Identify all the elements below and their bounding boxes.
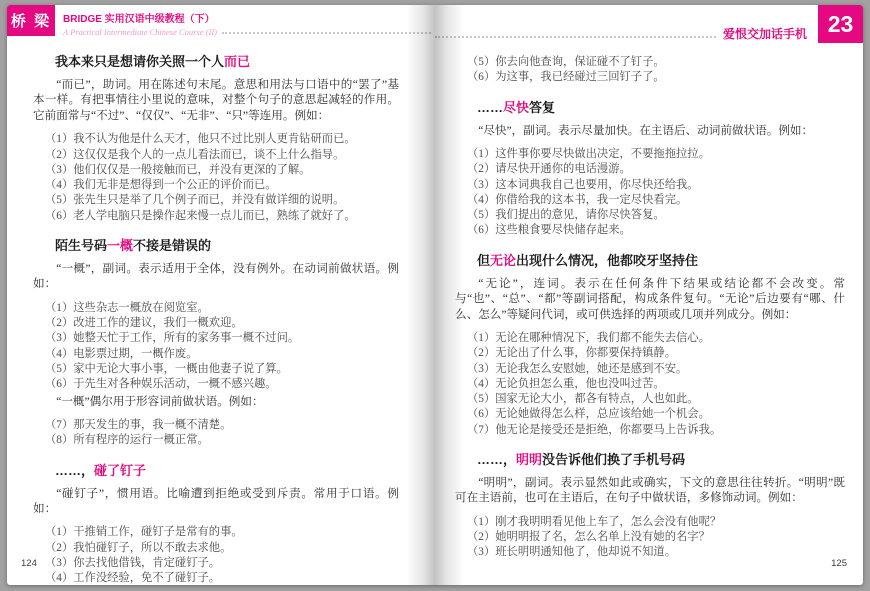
lesson-title-row: 爱恨交加话手机 xyxy=(435,25,807,42)
example-item: （1）无论在哪种情况下，我们都不能失去信心。 xyxy=(467,331,845,346)
grammar-explanation: “明明”，副词。表示显然如此或确实，下文的意思往往转折。“明明”既可在主语前，也… xyxy=(455,475,845,506)
heading-keyword: 碰了钉子 xyxy=(94,463,146,478)
example-item: （6）老人学电脑只是操作起来慢一点儿而已，熟练了就好了。 xyxy=(45,209,399,224)
grammar-section: 我本来只是想请你关照一个人而已“而已”，助词。用在陈述句末尾。意思和用法与口语中… xyxy=(33,53,399,224)
heading-keyword: 尽快 xyxy=(503,100,529,115)
example-item: （1）干推销工作，碰钉子是常有的事。 xyxy=(45,525,399,540)
example-item: （6）于先生对各种娱乐活动，一概不感兴趣。 xyxy=(45,377,399,392)
right-page: 爱恨交加话手机 23 （5）你去向他查询，保证碰不了钉子。（6）为这事，我已经碰… xyxy=(435,5,863,585)
example-item: （3）这本词典我自己也要用，你尽快还给我。 xyxy=(467,178,845,193)
left-page-content: 我本来只是想请你关照一个人而已“而已”，助词。用在陈述句末尾。意思和用法与口语中… xyxy=(7,51,435,587)
example-item: （2）无论出了什么事，你都要保持镇静。 xyxy=(467,346,845,361)
example-item: （1）这些杂志一概放在阅览室。 xyxy=(45,301,399,316)
example-item: （3）班长明明通知他了，他却说不知道。 xyxy=(467,545,845,560)
page-number-left: 124 xyxy=(21,558,37,569)
example-item: （6）无论她做得怎么样，总应该给她一个机会。 xyxy=(467,407,845,422)
heading-keyword: 一概 xyxy=(107,238,133,253)
example-item: （3）你去找他借钱，肯定碰钉子。 xyxy=(45,556,399,571)
lesson-number: 23 xyxy=(828,11,854,38)
heading-text: 不接是错误的 xyxy=(133,238,211,253)
example-list: （1）我不认为他是什么天才，他只不过比别人更肯钻研而已。（2）这仅仅是我个人的一… xyxy=(45,132,399,224)
heading-keyword: 无论 xyxy=(490,253,516,268)
example-item: （6）为这事，我已经碰过三回钉子了。 xyxy=(467,70,845,85)
grammar-section: ……，碰了钉子“碰钉子”，惯用语。比喻遭到拒绝或受到斥责。常用于口语。例如：（1… xyxy=(33,462,399,587)
header-dotted-rule xyxy=(435,36,716,38)
grammar-explanation: “而已”，助词。用在陈述句末尾。意思和用法与口语中的“罢了”基本一样。有把事情往… xyxy=(33,77,399,123)
example-item: （2）这仅仅是我个人的一点儿看法而已，谈不上什么指导。 xyxy=(45,148,399,163)
example-item: （3）她整天忙于工作，所有的家务事一概不过问。 xyxy=(45,331,399,346)
example-item: （4）你借给我的这本书，我一定尽快看完。 xyxy=(467,193,845,208)
heading-text: ……， xyxy=(55,463,94,478)
example-item: （1）这件事你要尽快做出决定，不要拖拖拉拉。 xyxy=(467,147,845,162)
example-item: （3）无论我怎么安慰她，她还是感到不安。 xyxy=(467,362,845,377)
brand-logo: 桥 梁 xyxy=(7,5,55,36)
section-heading: ……尽快答复 xyxy=(477,99,845,117)
heading-text: ……， xyxy=(477,452,516,467)
example-item: （2）改进工作的建议，我们一概欢迎。 xyxy=(45,316,399,331)
series-subtitle-row: A Practical Intermediate Chinese Course … xyxy=(63,27,431,37)
heading-text: …… xyxy=(477,100,503,115)
left-page: 桥 梁 BRIDGE 实用汉语中级教程（下） A Practical Inter… xyxy=(7,5,435,585)
section-heading: 但无论出现什么情况，他都咬牙坚持住 xyxy=(477,252,845,270)
page-number-right: 125 xyxy=(831,558,847,569)
example-list: （1）刚才我明明看见他上车了，怎么会没有他呢？（2）她明明报了名，怎么名单上没有… xyxy=(467,515,845,561)
heading-text: 我本来只是想请你关照一个人 xyxy=(55,54,224,69)
grammar-explanation: “一概”偶尔用于形容词前做状语。例如： xyxy=(33,394,399,409)
section-heading: ……，碰了钉子 xyxy=(55,462,399,480)
example-item: （8）所有程序的运行一概正常。 xyxy=(45,433,399,448)
example-item: （1）刚才我明明看见他上车了，怎么会没有他呢？ xyxy=(467,515,845,530)
heading-text: 没告诉他们换了手机号码 xyxy=(542,452,685,467)
series-title: BRIDGE 实用汉语中级教程（下） xyxy=(63,10,431,25)
right-page-content: （5）你去向他查询，保证碰不了钉子。（6）为这事，我已经碰过三回钉子了。……尽快… xyxy=(435,51,863,561)
example-item: （5）张先生只是举了几个例子而已，并没有做详细的说明。 xyxy=(45,193,399,208)
grammar-section: ……尽快答复“尽快”，副词。表示尽量加快。在主语后、动词前做状语。例如：（1）这… xyxy=(455,99,845,239)
example-item: （5）你去向他查询，保证碰不了钉子。 xyxy=(467,55,845,70)
example-item: （1）我不认为他是什么天才，他只不过比别人更肯钻研而已。 xyxy=(45,132,399,147)
section-heading: ……，明明没告诉他们换了手机号码 xyxy=(477,451,845,469)
grammar-section: 陌生号码一概不接是错误的“一概”，副词。表示适用于全体，没有例外。在动词前做状语… xyxy=(33,237,399,449)
example-list: （1）无论在哪种情况下，我们都不能失去信心。（2）无论出了什么事，你都要保持镇静… xyxy=(467,331,845,438)
example-item: （4）无论负担怎么重，他也没叫过苦。 xyxy=(467,377,845,392)
heading-text: 答复 xyxy=(529,100,555,115)
example-list: （1）干推销工作，碰钉子是常有的事。（2）我怕碰钉子，所以不敢去求他。（3）你去… xyxy=(45,525,399,586)
example-item: （3）他们仅仅是一般接触而已，并没有更深的了解。 xyxy=(45,163,399,178)
example-item: （4）工作没经验，免不了碰钉子。 xyxy=(45,571,399,586)
example-item: （7）他无论是接受还是拒绝，你都要马上告诉我。 xyxy=(467,423,845,438)
grammar-section: （5）你去向他查询，保证碰不了钉子。（6）为这事，我已经碰过三回钉子了。 xyxy=(455,55,845,86)
example-item: （4）我们无非是想得到一个公正的评价而已。 xyxy=(45,178,399,193)
grammar-section: 但无论出现什么情况，他都咬牙坚持住“无论”，连词。表示在任何条件下结果或结论都不… xyxy=(455,252,845,438)
example-item: （5）家中无论大事小事，一概由他妻子说了算。 xyxy=(45,362,399,377)
example-list: （1）这些杂志一概放在阅览室。（2）改进工作的建议，我们一概欢迎。（3）她整天忙… xyxy=(45,301,399,393)
grammar-explanation: “碰钉子”，惯用语。比喻遭到拒绝或受到斥责。常用于口语。例如： xyxy=(33,486,399,517)
heading-keyword: 明明 xyxy=(516,452,542,467)
example-item: （2）我怕碰钉子，所以不敢去求他。 xyxy=(45,541,399,556)
example-item: （4）电影票过期，一概作废。 xyxy=(45,347,399,362)
lesson-number-badge: 23 xyxy=(818,5,863,43)
heading-text: 但 xyxy=(477,253,490,268)
example-item: （2）请尽快开通你的电话漫游。 xyxy=(467,162,845,177)
heading-text: 出现什么情况，他都咬牙坚持住 xyxy=(516,253,698,268)
book-spread: 桥 梁 BRIDGE 实用汉语中级教程（下） A Practical Inter… xyxy=(7,5,863,585)
lesson-title: 爱恨交加话手机 xyxy=(723,25,807,42)
grammar-explanation: “尽快”，副词。表示尽量加快。在主语后、动词前做状语。例如： xyxy=(455,123,845,138)
heading-keyword: 而已 xyxy=(224,54,250,69)
brand-logo-text: 桥 梁 xyxy=(11,10,51,31)
example-item: （7）那天发生的事，我一概不清楚。 xyxy=(45,418,399,433)
example-item: （6）这些粮食要尽快储存起来。 xyxy=(467,223,845,238)
header-dotted-rule xyxy=(222,32,431,34)
series-subtitle: A Practical Intermediate Chinese Course … xyxy=(63,27,217,37)
right-page-header: 爱恨交加话手机 23 xyxy=(435,5,863,51)
series-info: BRIDGE 实用汉语中级教程（下） A Practical Intermedi… xyxy=(63,10,431,37)
example-list: （5）你去向他查询，保证碰不了钉子。（6）为这事，我已经碰过三回钉子了。 xyxy=(467,55,845,86)
example-item: （5）国家无论大小，都各有特点，人也如此。 xyxy=(467,392,845,407)
left-page-header: 桥 梁 BRIDGE 实用汉语中级教程（下） A Practical Inter… xyxy=(7,5,435,51)
grammar-explanation: “无论”，连词。表示在任何条件下结果或结论都不会改变。常与“也”、“总”、“都”… xyxy=(455,276,845,322)
example-item: （2）她明明报了名，怎么名单上没有她的名字？ xyxy=(467,530,845,545)
example-list: （1）这件事你要尽快做出决定，不要拖拖拉拉。（2）请尽快开通你的电话漫游。（3）… xyxy=(467,147,845,239)
grammar-explanation: “一概”，副词。表示适用于全体，没有例外。在动词前做状语。例如： xyxy=(33,261,399,292)
grammar-section: ……，明明没告诉他们换了手机号码“明明”，副词。表示显然如此或确实，下文的意思往… xyxy=(455,451,845,561)
section-heading: 陌生号码一概不接是错误的 xyxy=(55,237,399,255)
example-item: （5）我们提出的意见，请你尽快答复。 xyxy=(467,208,845,223)
section-heading: 我本来只是想请你关照一个人而已 xyxy=(55,53,399,71)
heading-text: 陌生号码 xyxy=(55,238,107,253)
example-list: （7）那天发生的事，我一概不清楚。（8）所有程序的运行一概正常。 xyxy=(45,418,399,449)
